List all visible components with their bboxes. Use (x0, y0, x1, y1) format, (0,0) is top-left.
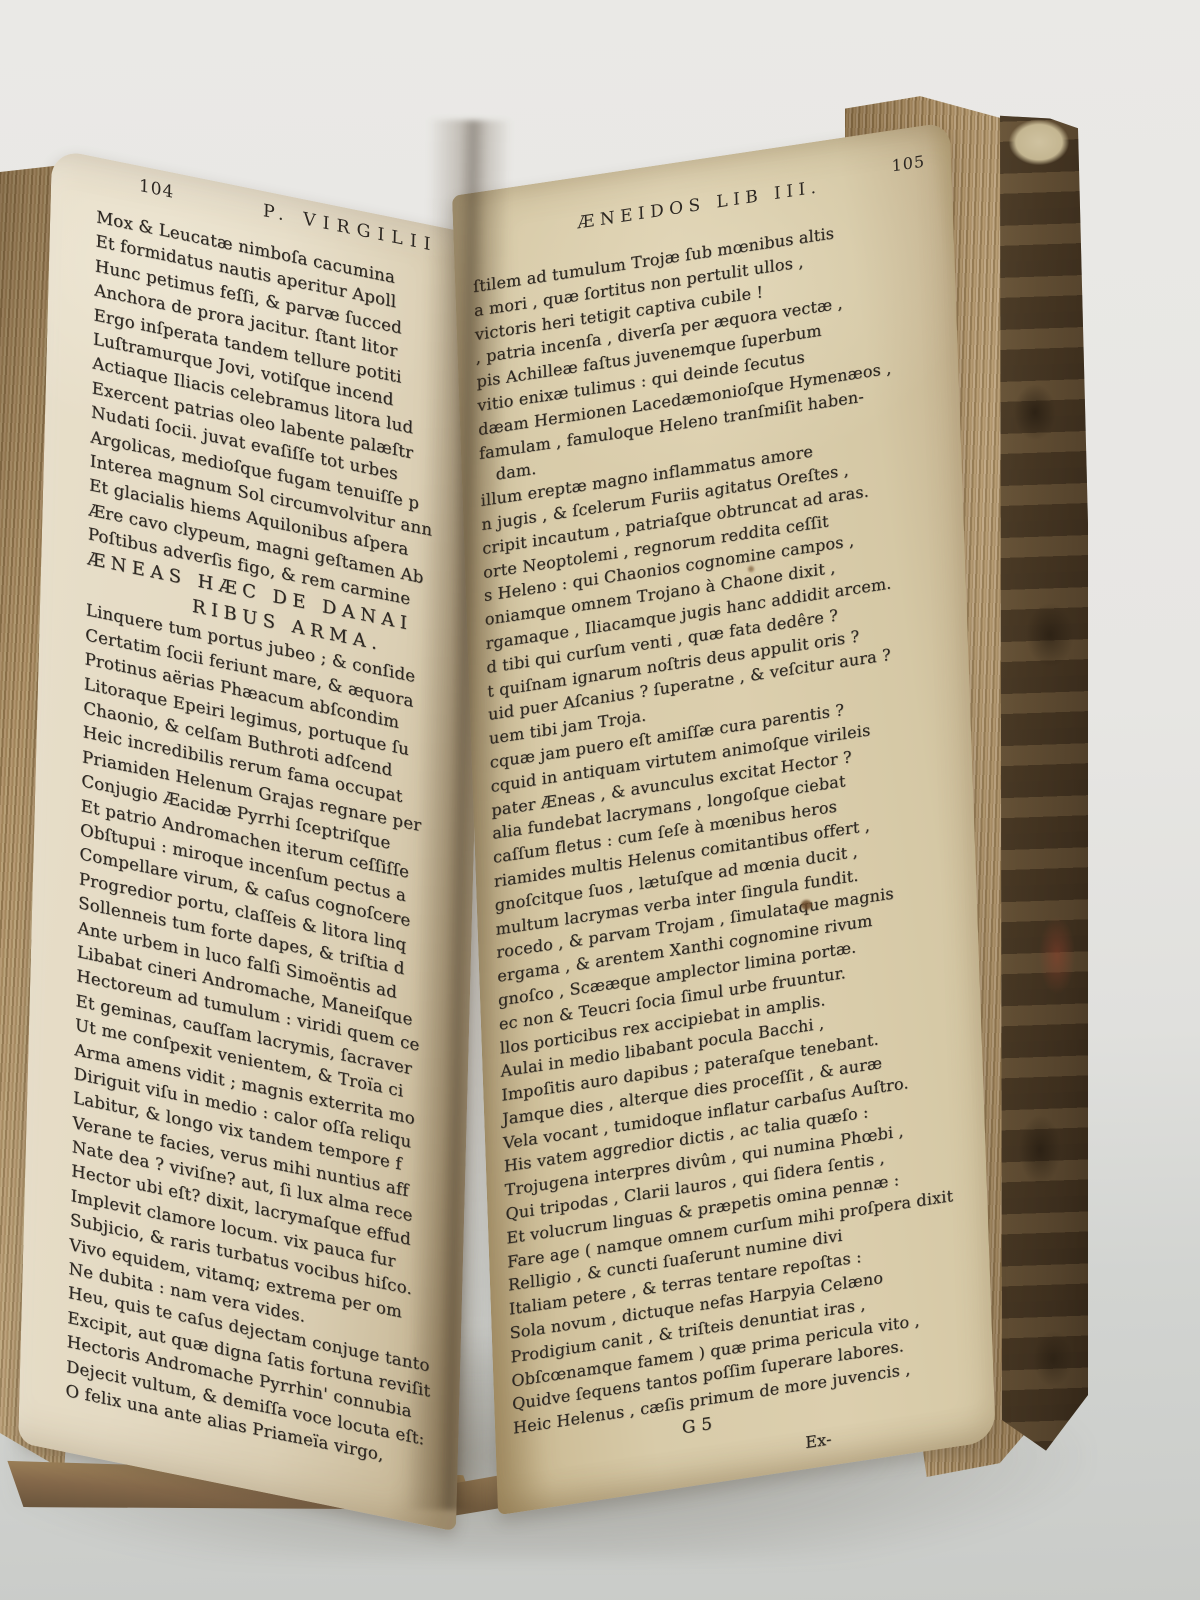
left-page-number: 104 (139, 176, 175, 203)
book-cover-spine (995, 106, 1095, 1498)
book-photo: 104 P. VIRGILII Mox & Leucatæ nimboſa ca… (0, 0, 1200, 1600)
ink-spot-small (748, 566, 754, 572)
right-page-verse: ſtilem ad tumulum Trojæ ſub mœnibus alti… (455, 204, 995, 1501)
right-page: ÆNEIDOS LIB III. 105 ſtilem ad tumulum T… (452, 122, 996, 1516)
ink-spot (801, 900, 812, 910)
